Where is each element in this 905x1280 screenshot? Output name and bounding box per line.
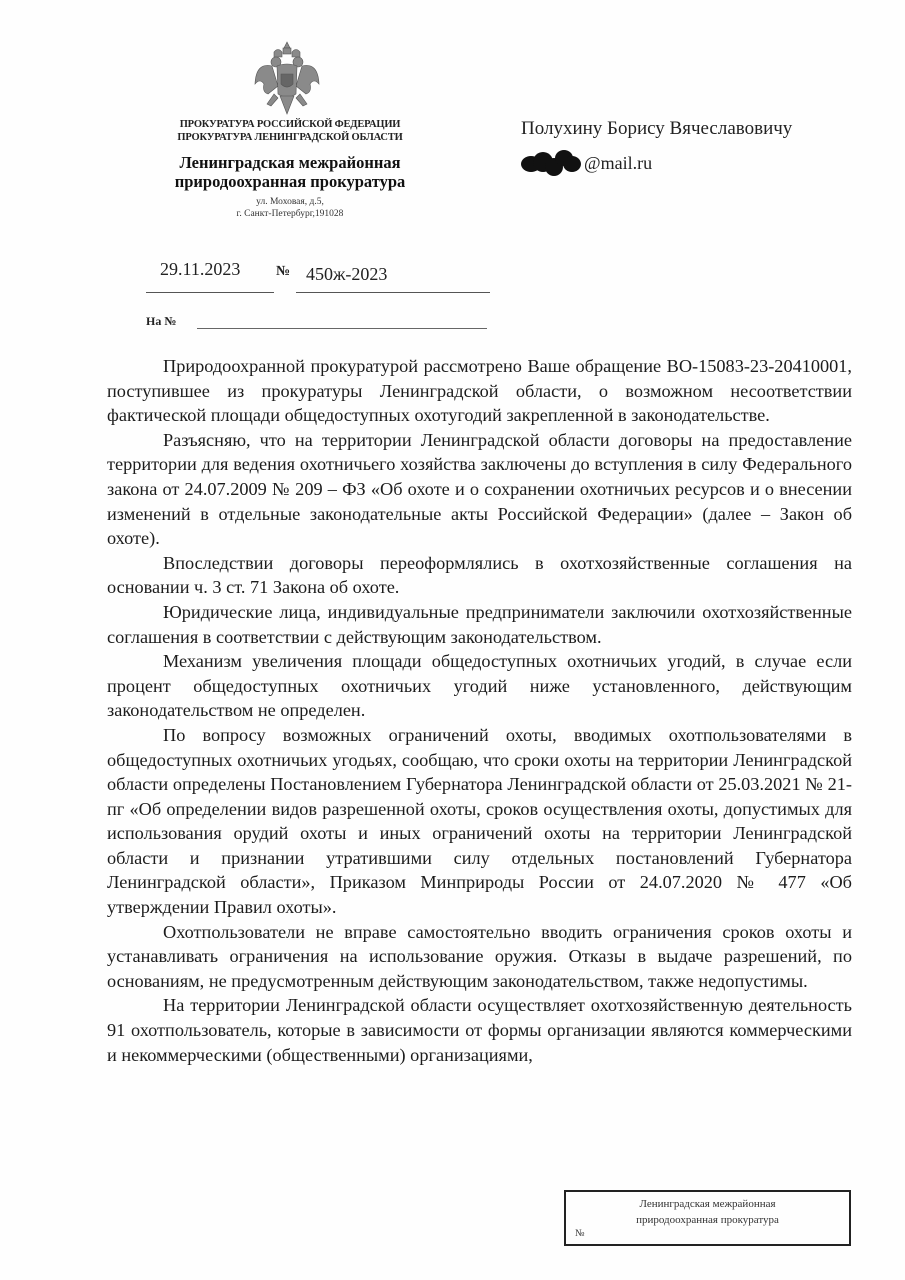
letterhead-line-1: ПРОКУРАТУРА РОССИЙСКОЙ ФЕДЕРАЦИИ bbox=[140, 119, 440, 130]
organization-name-line-2: природоохранная прокуратура bbox=[140, 172, 440, 192]
reference-label: На № bbox=[146, 314, 176, 329]
body-paragraph: Охотпользователи не вправе самостоятельн… bbox=[107, 920, 852, 994]
stamp-line-1: Ленинградская межрайонная bbox=[566, 1198, 849, 1210]
registration-stamp: Ленинградская межрайонная природоохранна… bbox=[564, 1190, 851, 1246]
body-paragraph: Юридические лица, индивидуальные предпри… bbox=[107, 600, 852, 649]
stamp-line-2: природоохранная прокуратура bbox=[566, 1214, 849, 1226]
recipient-name: Полухину Борису Вячеславовичу bbox=[521, 118, 792, 140]
letter-page: ПРОКУРАТУРА РОССИЙСКОЙ ФЕДЕРАЦИИ ПРОКУРА… bbox=[0, 0, 905, 1280]
registration-number: 450ж-2023 bbox=[306, 264, 387, 285]
redaction-mark bbox=[521, 150, 583, 176]
recipient-email: @mail.ru bbox=[521, 150, 652, 176]
organization-address-line-1: ул. Моховая, д.5, bbox=[140, 197, 440, 207]
body-paragraph: На территории Ленинградской области осущ… bbox=[107, 993, 852, 1067]
stamp-number-label: № bbox=[575, 1228, 585, 1239]
document-date: 29.11.2023 bbox=[160, 259, 240, 280]
date-underline bbox=[146, 292, 274, 293]
email-domain: @mail.ru bbox=[584, 153, 652, 174]
coat-of-arms-icon bbox=[252, 40, 322, 120]
body-paragraph: Природоохранной прокуратурой рассмотрено… bbox=[107, 354, 852, 428]
number-sign: № bbox=[276, 264, 290, 280]
organization-address-line-2: г. Санкт-Петербург,191028 bbox=[140, 209, 440, 219]
letterhead-line-2: ПРОКУРАТУРА ЛЕНИНГРАДСКОЙ ОБЛАСТИ bbox=[140, 132, 440, 143]
body-paragraph: Впоследствии договоры переоформлялись в … bbox=[107, 551, 852, 600]
organization-name-line-1: Ленинградская межрайонная bbox=[140, 153, 440, 173]
body-paragraph: Механизм увеличения площади общедоступны… bbox=[107, 649, 852, 723]
number-underline bbox=[296, 292, 490, 293]
letter-body: Природоохранной прокуратурой рассмотрено… bbox=[107, 354, 852, 1067]
body-paragraph: Разъясняю, что на территории Ленинградск… bbox=[107, 428, 852, 551]
reference-underline bbox=[197, 328, 487, 329]
body-paragraph: По вопросу возможных ограничений охоты, … bbox=[107, 723, 852, 920]
